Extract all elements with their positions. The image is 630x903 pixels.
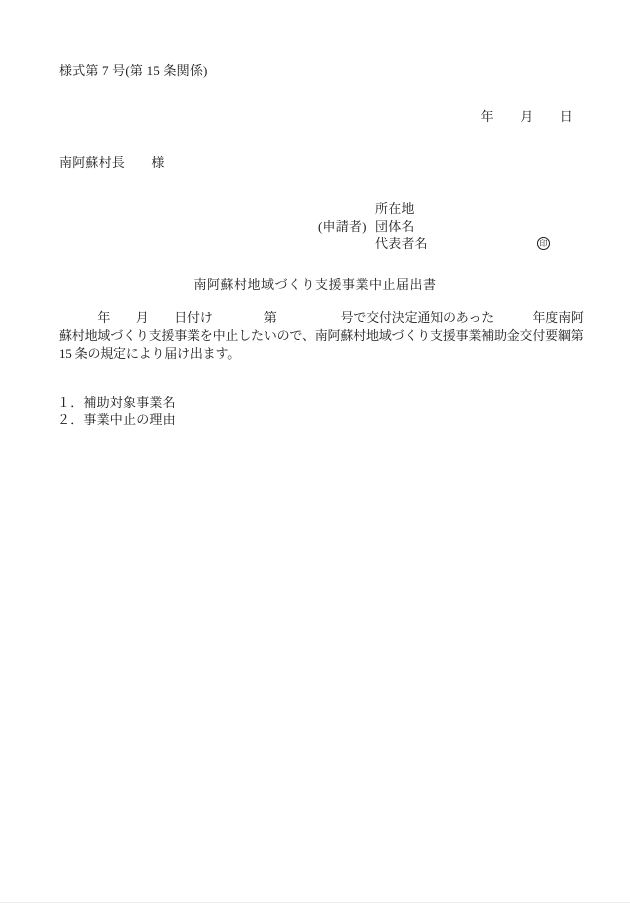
date-line: 年 月 日 bbox=[481, 109, 573, 125]
page-title: 南阿蘇村地域づくり支援事業中止届出書 bbox=[0, 277, 630, 293]
document-page: 様式第 7 号(第 15 条関係) 年 月 日 南阿蘇村長 様 所在地 (申請者… bbox=[0, 0, 630, 903]
body-line-2: 蘇村地域づくり支援事業を中止したいので、南阿蘇村地域づくり支援事業補助金交付要綱… bbox=[59, 328, 584, 344]
body-line-1: 年 月 日付け 第 号で交付決定通知のあった 年度南阿 bbox=[59, 310, 584, 326]
form-number: 様式第 7 号(第 15 条関係) bbox=[59, 63, 208, 79]
applicant-field-representative: 代表者名 bbox=[375, 236, 428, 252]
list-item-subsidized-project-name: １．補助対象事業名 bbox=[57, 395, 176, 411]
seal-icon: 印 bbox=[537, 237, 550, 250]
applicant-field-location: 所在地 bbox=[375, 201, 415, 217]
body-line-3: 15 条の規定により届け出ます。 bbox=[59, 346, 240, 362]
applicant-label: (申請者) bbox=[318, 219, 367, 235]
seal-mark: 印 bbox=[540, 240, 548, 248]
list-item-cancellation-reason: ２．事業中止の理由 bbox=[57, 412, 176, 428]
applicant-field-org-name: 団体名 bbox=[375, 219, 415, 235]
addressee: 南阿蘇村長 様 bbox=[59, 155, 165, 171]
